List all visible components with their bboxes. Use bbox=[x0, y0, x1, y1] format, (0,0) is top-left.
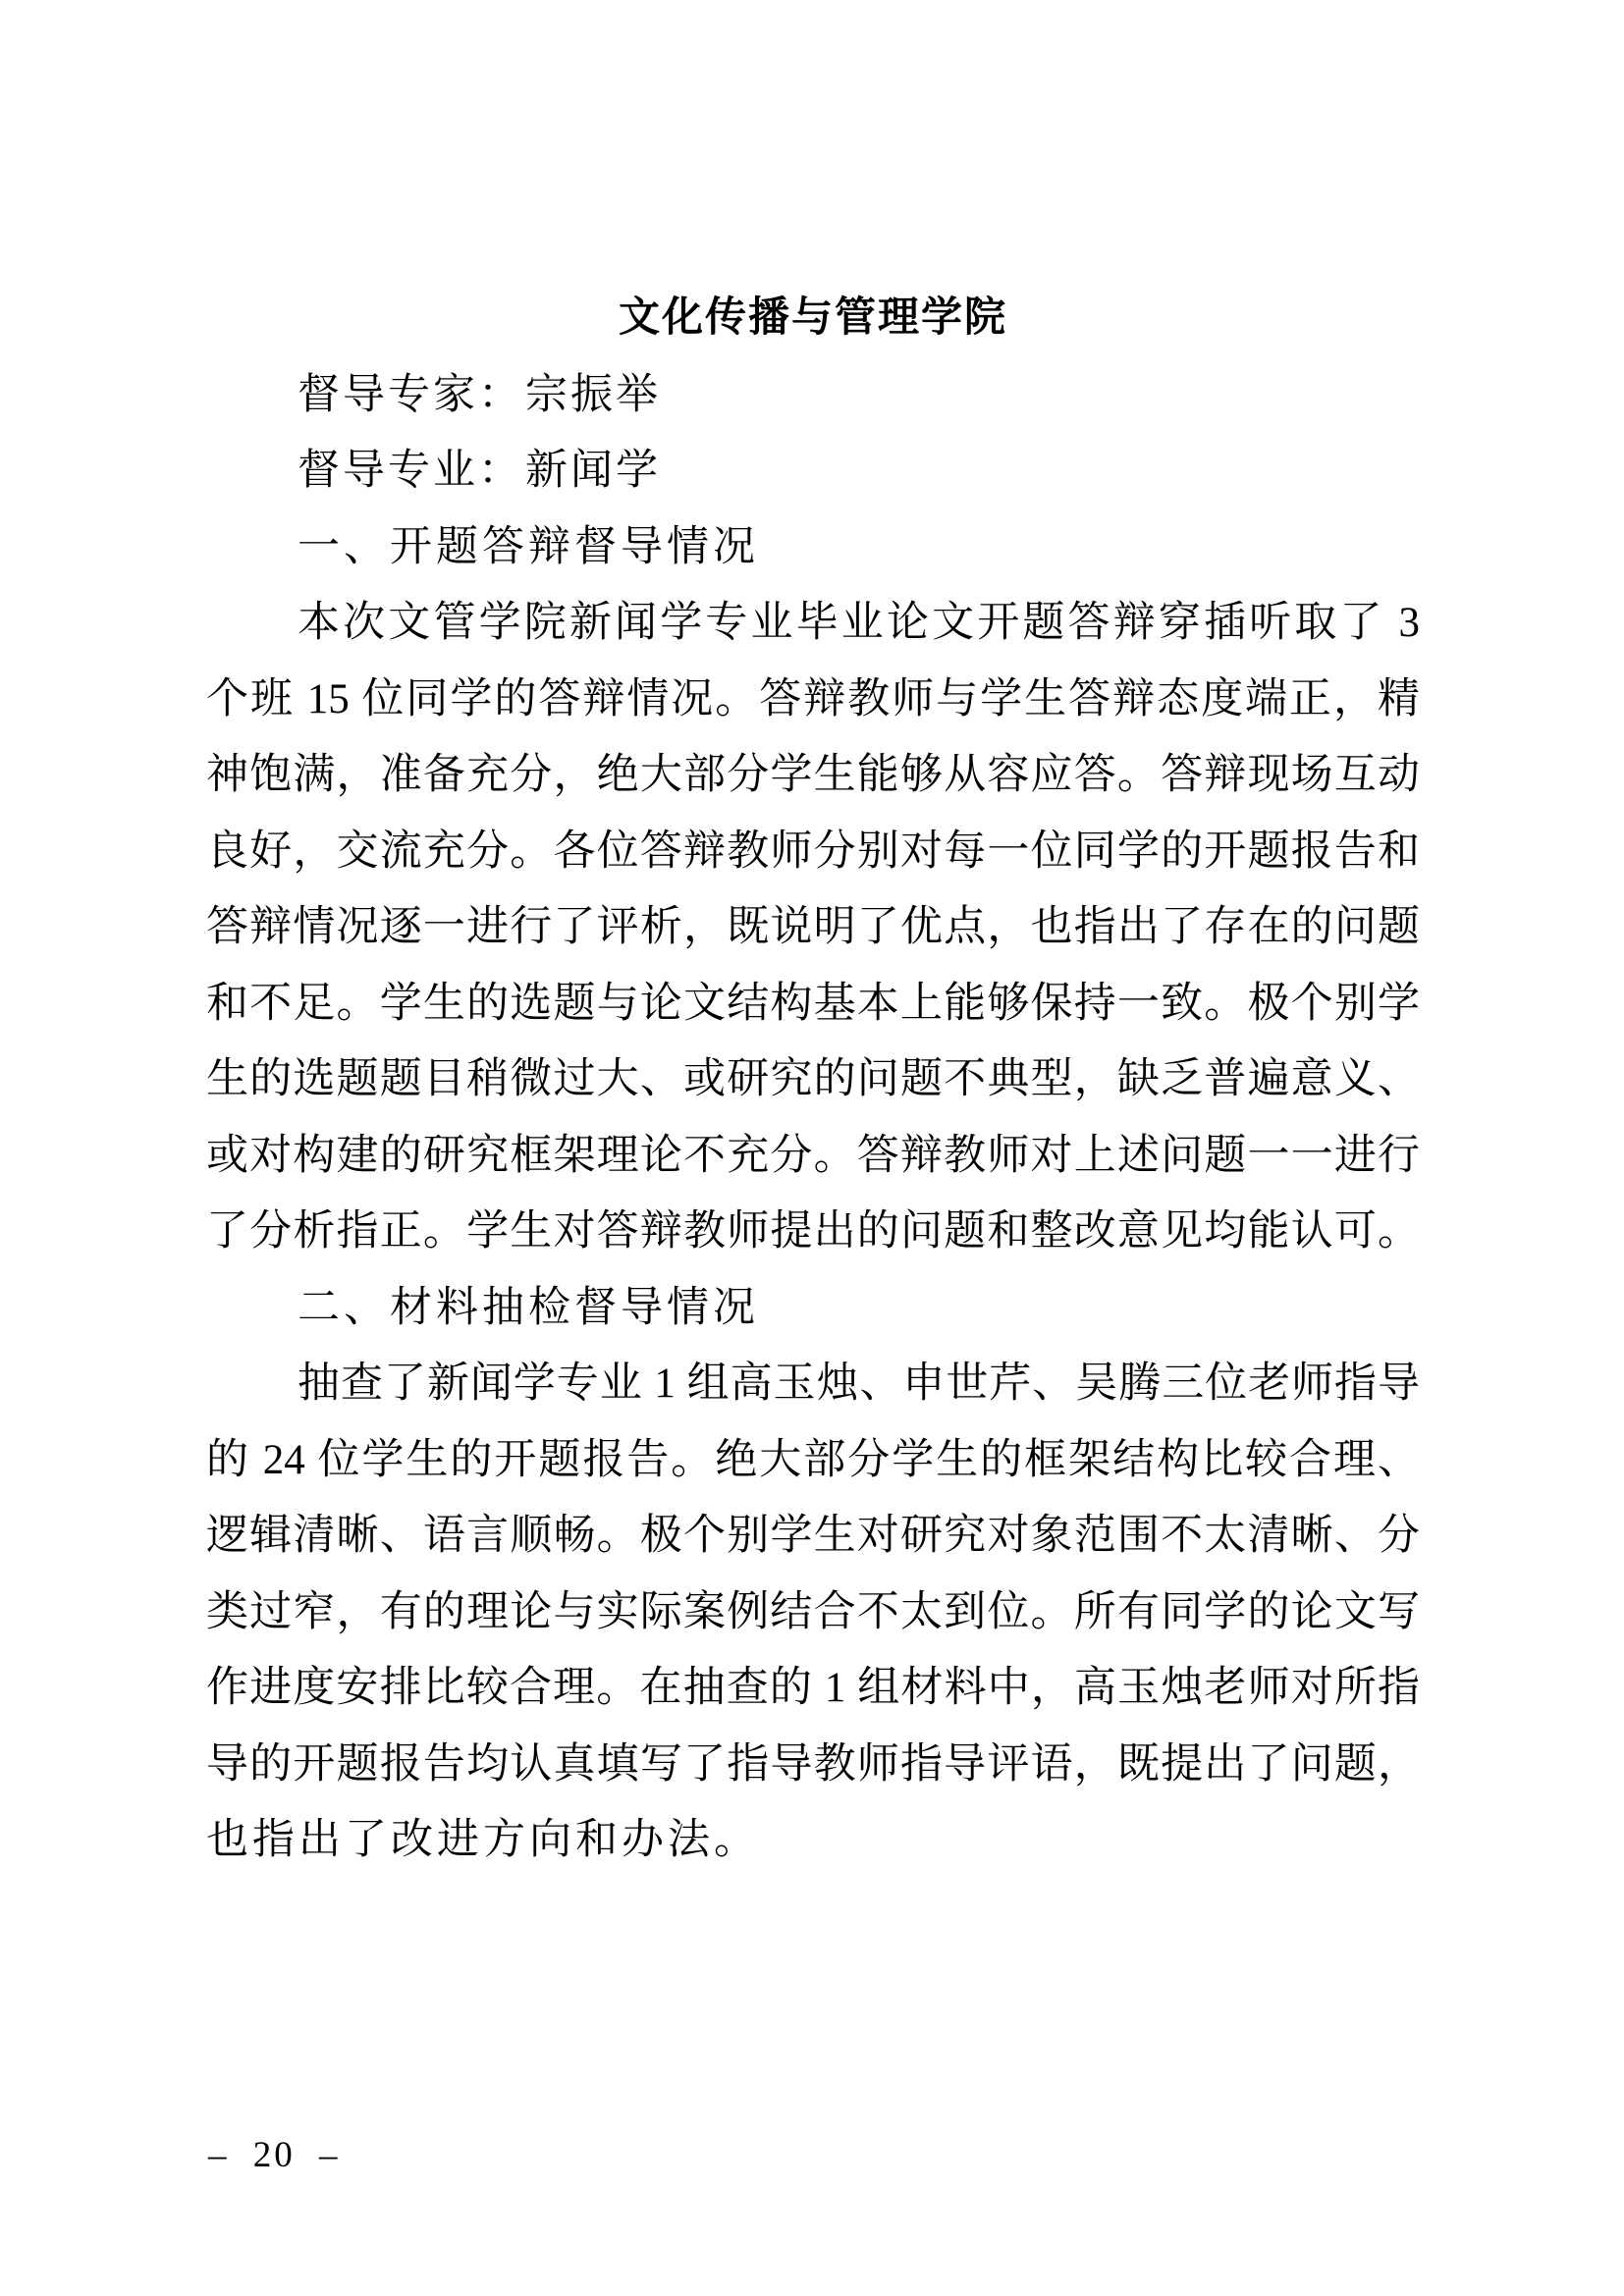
meta-supervisor-expert-value: 宗振举 bbox=[525, 372, 661, 418]
page-title: 文化传播与管理学院 bbox=[206, 281, 1420, 357]
meta-supervised-major: 督导专业：新闻学 bbox=[206, 433, 1420, 509]
text-line: 神饱满，准备充分，绝大部分学生能够从容应答。答辩现场互动 bbox=[206, 737, 1420, 814]
text-line: 生的选题题目稍微过大、或研究的问题不典型，缺乏普遍意义、 bbox=[206, 1041, 1420, 1118]
meta-supervisor-expert: 督导专家：宗振举 bbox=[206, 357, 1420, 434]
section-2-heading: 二、材料抽检督导情况 bbox=[206, 1270, 1420, 1347]
text-line: 和不足。学生的选题与论文结构基本上能够保持一致。极个别学 bbox=[206, 966, 1420, 1042]
text-line: 也指出了改进方向和办法。 bbox=[206, 1802, 1420, 1879]
section-1-heading: 一、开题答辩督导情况 bbox=[206, 509, 1420, 586]
meta-supervised-major-value: 新闻学 bbox=[525, 448, 661, 494]
text-line: 了分析指正。学生对答辩教师提出的问题和整改意见均能认可。 bbox=[206, 1194, 1420, 1270]
text-line: 逻辑清晰、语言顺畅。极个别学生对研究对象范围不太清晰、分 bbox=[206, 1498, 1420, 1575]
text-line: 良好，交流充分。各位答辩教师分别对每一位同学的开题报告和 bbox=[206, 814, 1420, 890]
meta-supervised-major-label: 督导专业： bbox=[298, 448, 523, 494]
section-1-paragraph: 本次文管学院新闻学专业毕业论文开题答辩穿插听取了 3 个班 15 位同学的答辩情… bbox=[206, 585, 1420, 1270]
document-body: 文化传播与管理学院 督导专家：宗振举 督导专业：新闻学 一、开题答辩督导情况 本… bbox=[206, 281, 1420, 1879]
text-line: 答辩情况逐一进行了评析，既说明了优点，也指出了存在的问题 bbox=[206, 889, 1420, 966]
text-line: 个班 15 位同学的答辩情况。答辩教师与学生答辩态度端正，精 bbox=[206, 662, 1420, 738]
text-line: 本次文管学院新闻学专业毕业论文开题答辩穿插听取了 3 bbox=[206, 585, 1420, 662]
text-line: 的 24 位学生的开题报告。绝大部分学生的框架结构比较合理、 bbox=[206, 1422, 1420, 1499]
text-line: 作进度安排比较合理。在抽查的 1 组材料中，高玉烛老师对所指 bbox=[206, 1650, 1420, 1727]
text-line: 类过窄，有的理论与实际案例结合不太到位。所有同学的论文写 bbox=[206, 1575, 1420, 1651]
document-page: 文化传播与管理学院 督导专家：宗振举 督导专业：新闻学 一、开题答辩督导情况 本… bbox=[0, 0, 1624, 2296]
text-line: 抽查了新闻学专业 1 组高玉烛、申世芹、吴腾三位老师指导 bbox=[206, 1346, 1420, 1422]
text-line: 导的开题报告均认真填写了指导教师指导评语，既提出了问题， bbox=[206, 1727, 1420, 1803]
meta-supervisor-expert-label: 督导专家： bbox=[298, 372, 523, 418]
text-line: 或对构建的研究框架理论不充分。答辩教师对上述问题一一进行 bbox=[206, 1118, 1420, 1195]
page-number: – 20 – bbox=[208, 2136, 341, 2175]
section-2-paragraph: 抽查了新闻学专业 1 组高玉烛、申世芹、吴腾三位老师指导 的 24 位学生的开题… bbox=[206, 1346, 1420, 1879]
